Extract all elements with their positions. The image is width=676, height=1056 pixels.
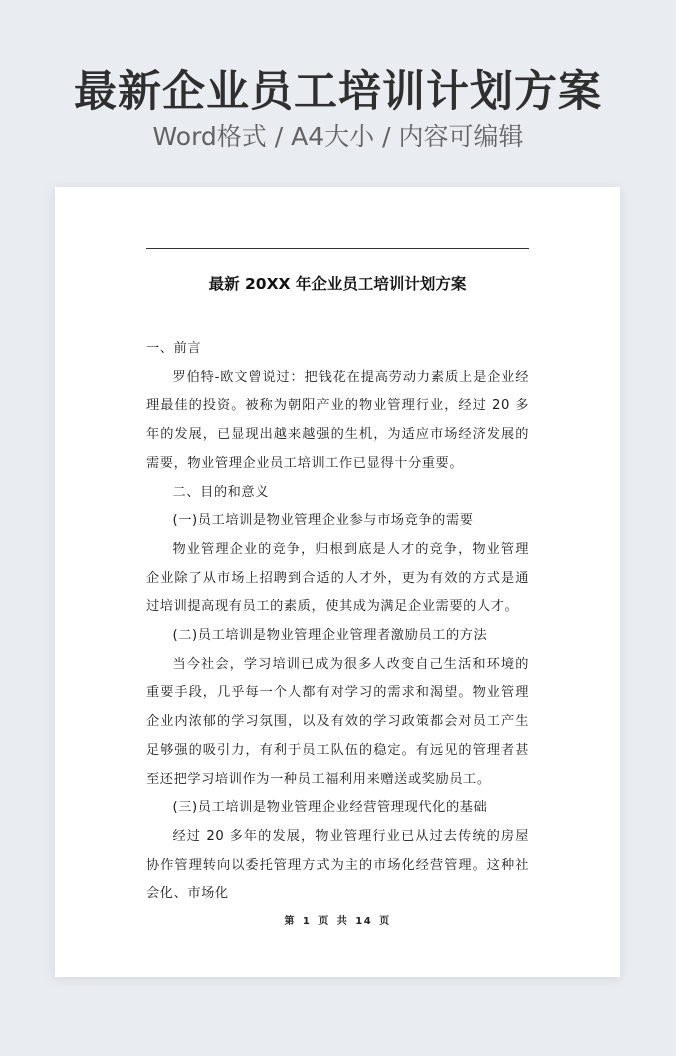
paragraph-motivation: 当今社会，学习培训已成为很多人改变自己生活和环境的重要手段，几乎每一个人都有对学… xyxy=(146,651,529,795)
paragraph-competition: 物业管理企业的竞争，归根到底是人才的竞争，物业管理企业除了从市场上招聘到合适的人… xyxy=(146,536,529,622)
subheading-2: (二)员工培训是物业管理企业管理者激励员工的方法 xyxy=(146,622,529,651)
subheading-1: (一)员工培训是物业管理企业参与市场竞争的需要 xyxy=(146,507,529,536)
subheading-3: (三)员工培训是物业管理企业经营管理现代化的基础 xyxy=(146,794,529,823)
document-title: 最新 20XX 年企业员工培训计划方案 xyxy=(55,273,620,295)
paragraph-modernization: 经过 20 多年的发展，物业管理行业已从过去传统的房屋协作管理转向以委托管理方式… xyxy=(146,823,529,909)
paragraph-preface: 罗伯特-欧文曾说过：把钱花在提高劳动力素质上是企业经理最佳的投资。被称为朝阳产业… xyxy=(146,364,529,479)
section-heading-purpose: 二、目的和意义 xyxy=(146,479,529,508)
header-rule xyxy=(146,248,529,249)
document-body: 一、前言 罗伯特-欧文曾说过：把钱花在提高劳动力素质上是企业经理最佳的投资。被称… xyxy=(146,335,529,909)
section-heading-preface: 一、前言 xyxy=(146,335,529,364)
page-number-footer: 第 1 页 共 14 页 xyxy=(55,912,620,927)
banner-title: 最新企业员工培训计划方案 xyxy=(0,64,676,120)
document-page: 最新 20XX 年企业员工培训计划方案 一、前言 罗伯特-欧文曾说过：把钱花在提… xyxy=(55,187,620,977)
banner-subtitle: Word格式 / A4大小 / 内容可编辑 xyxy=(0,118,676,156)
